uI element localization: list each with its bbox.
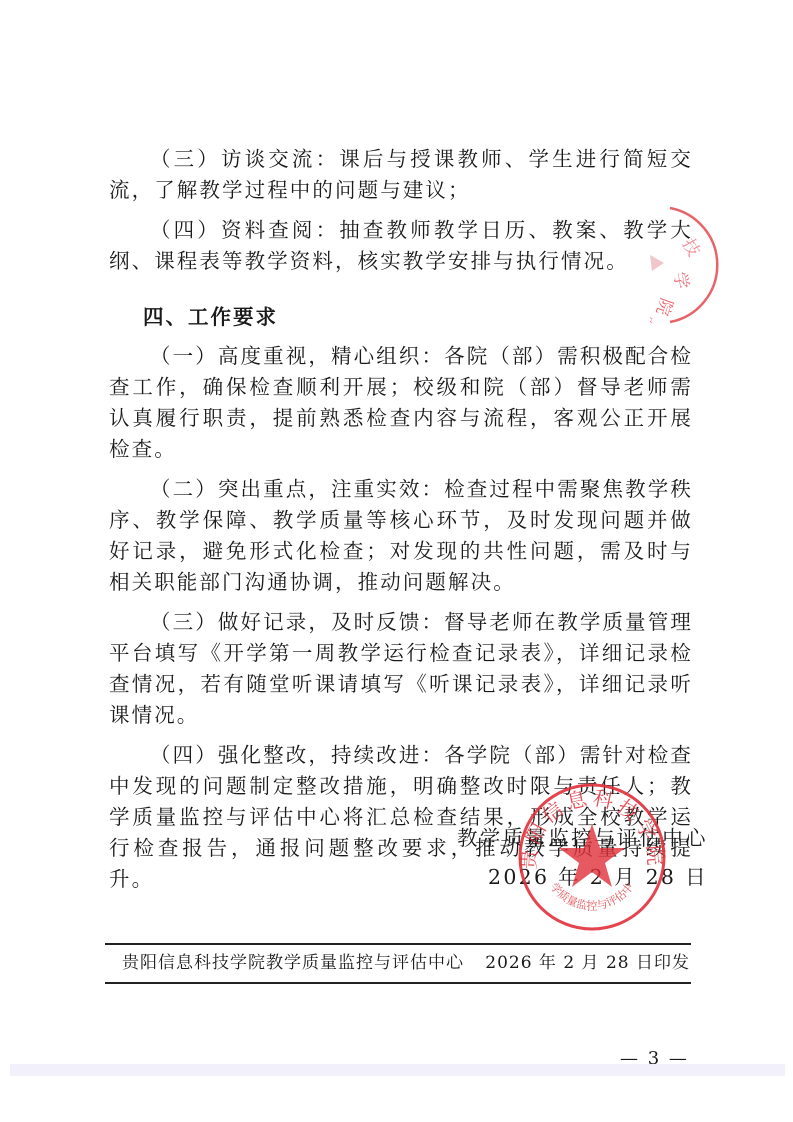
signoff-date: 2026 年 2 月 28 日 — [488, 862, 708, 893]
requirement-item-3: （三）做好记录，及时反馈：督导老师在教学质量管理平台填写《开学第一周教学运行检查… — [109, 607, 693, 731]
inspection-methods-continued: （三）访谈交流：课后与授课教师、学生进行简短交流，了解教学过程中的问题与建议； … — [109, 144, 693, 277]
paragraph-document-review: （四）资料查阅：抽查教师教学日历、教案、教学大纲、课程表等教学资料，核实教学安排… — [109, 215, 693, 277]
scan-artifact-band — [10, 1064, 785, 1076]
signoff-organization: 教学质量监控与评估中心 — [457, 823, 708, 854]
requirement-item-1: （一）高度重视，精心组织：各院（部）需积极配合检查工作，确保检查顺利开展；校级和… — [109, 341, 693, 465]
footer-top-rule — [105, 943, 691, 945]
footer-issuer: 贵阳信息科技学院教学质量监控与评估中心 — [122, 950, 464, 976]
footer-issued-date: 2026 年 2 月 28 日印发 — [485, 950, 690, 976]
svg-text:中心: 中心 — [650, 314, 656, 326]
requirements-list: （一）高度重视，精心组织：各院（部）需积极配合检查工作，确保检查顺利开展；校级和… — [109, 341, 693, 895]
footer-issuer-line: 贵阳信息科技学院教学质量监控与评估中心 2026 年 2 月 28 日印发 — [122, 950, 690, 976]
section-heading-work-requirements: 四、工作要求 — [143, 302, 278, 333]
requirement-item-2: （二）突出重点，注重实效：检查过程中需聚焦教学秩序、教学保障、教学质量等核心环节… — [109, 474, 693, 598]
svg-text:院: 院 — [651, 295, 676, 318]
footer-bottom-rule — [105, 982, 691, 984]
paragraph-interview: （三）访谈交流：课后与授课教师、学生进行简短交流，了解教学过程中的问题与建议； — [109, 144, 693, 206]
document-page: （三）访谈交流：课后与授课教师、学生进行简短交流，了解教学过程中的问题与建议； … — [0, 0, 793, 1122]
